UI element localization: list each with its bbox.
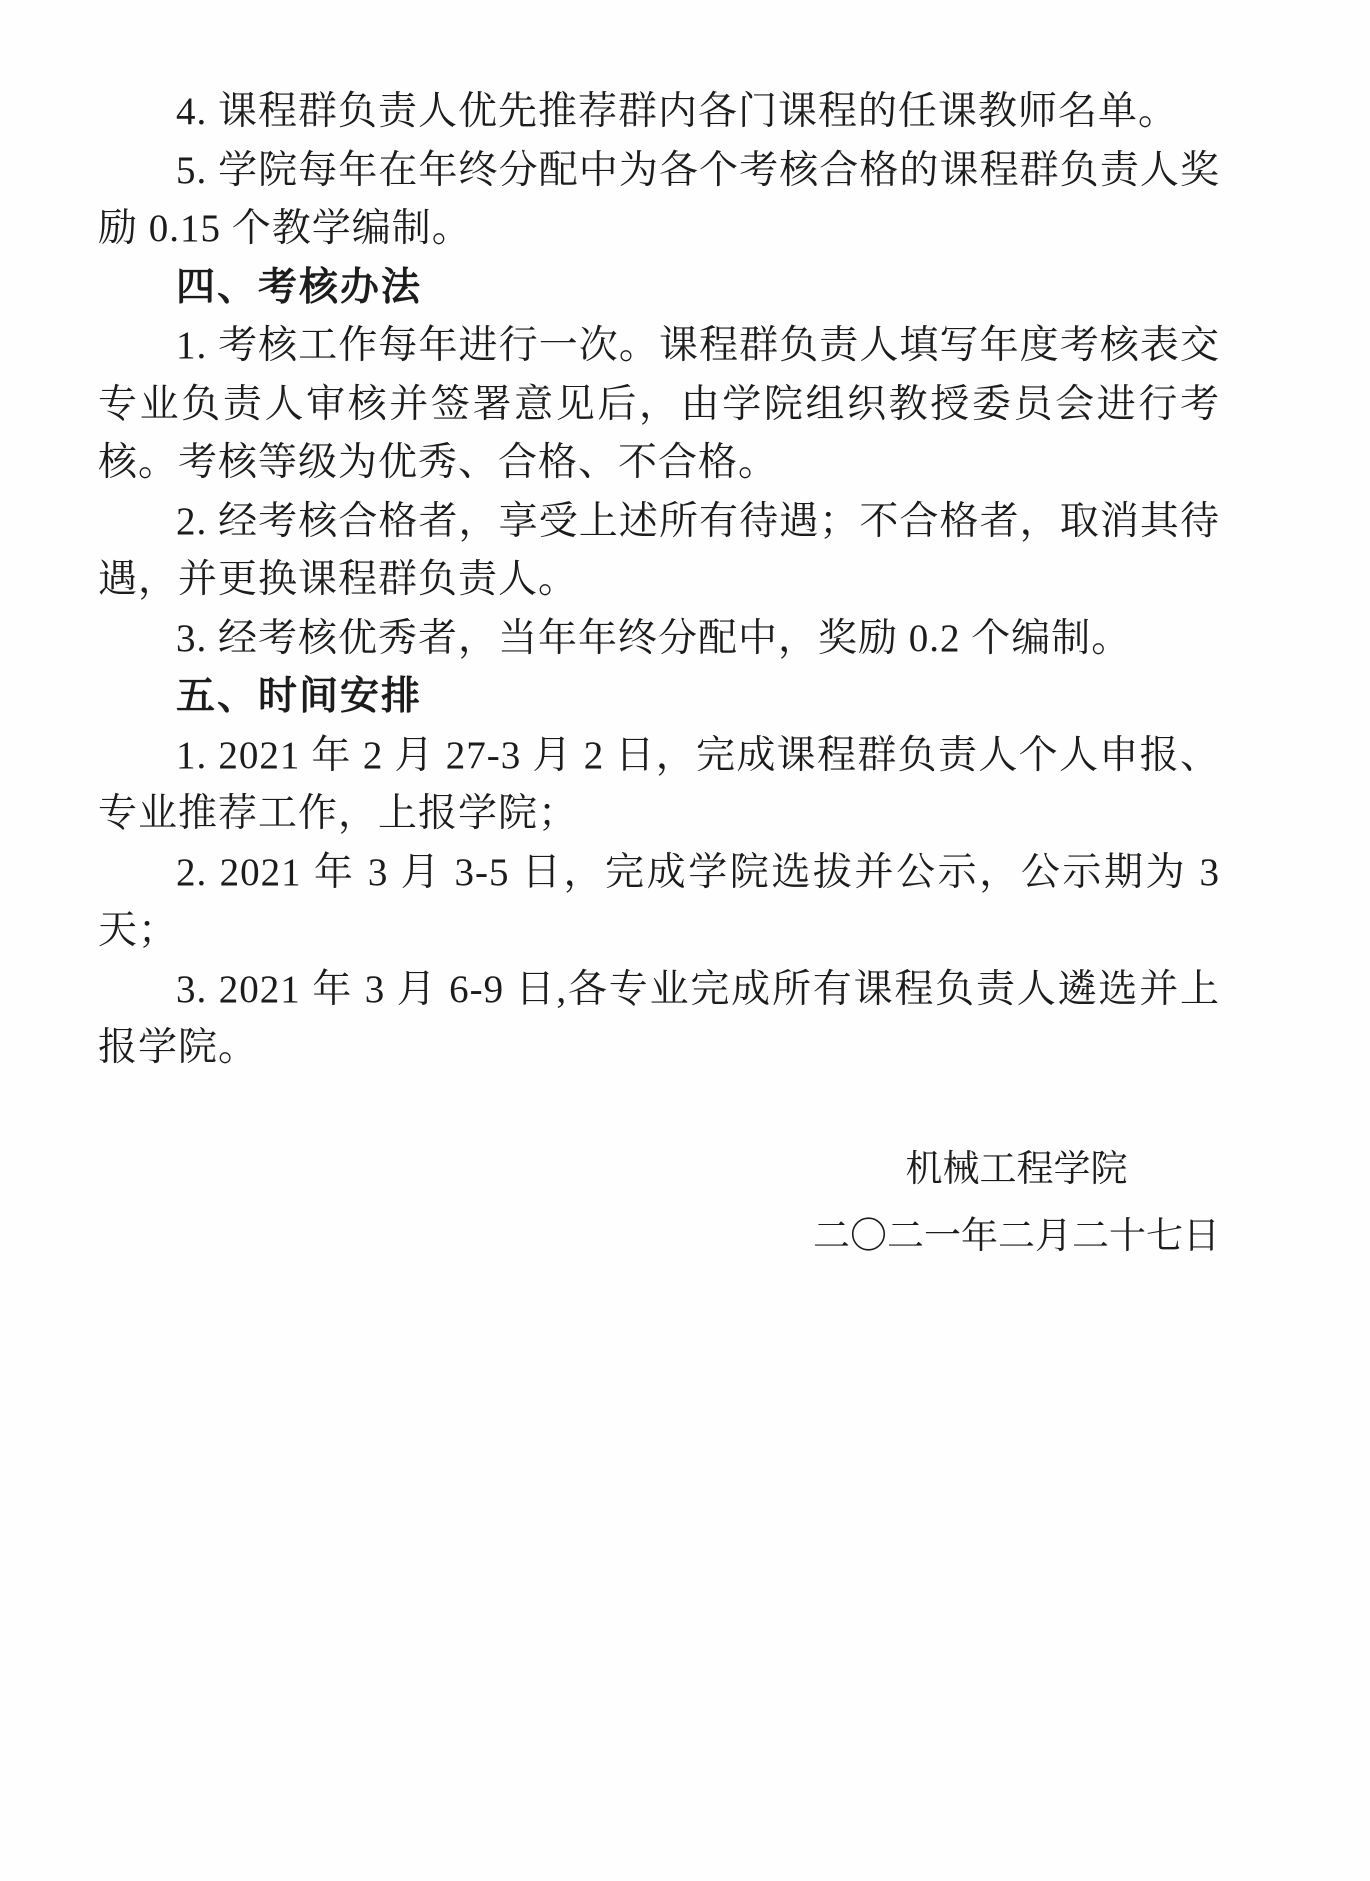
document-body: 4. 课程群负责人优先推荐群内各门课程的任课教师名单。 5. 学院每年在年终分配…	[0, 0, 1370, 1078]
paragraph-item-2-section5: 2. 2021 年 3 月 3-5 日，完成学院选拔并公示，公示期为 3 天；	[98, 844, 1220, 961]
paragraph-item-2-section4: 2. 经考核合格者，享受上述所有待遇；不合格者，取消其待遇，并更换课程群负责人。	[98, 493, 1220, 610]
paragraph-item-3-section5: 3. 2021 年 3 月 6-9 日,各专业完成所有课程负责人遴选并上报学院。	[98, 961, 1220, 1078]
signature-block: 机械工程学院 二〇二一年二月二十七日	[0, 1136, 1370, 1270]
section-heading-5-schedule: 五、时间安排	[98, 668, 1220, 727]
paragraph-item-4-section3: 4. 课程群负责人优先推荐群内各门课程的任课教师名单。	[98, 83, 1220, 142]
paragraph-item-5-section3: 5. 学院每年在年终分配中为各个考核合格的课程群负责人奖励 0.15 个教学编制…	[98, 142, 1220, 259]
section-heading-4-assessment: 四、考核办法	[98, 259, 1220, 318]
paragraph-item-1-section4: 1. 考核工作每年进行一次。课程群负责人填写年度考核表交专业负责人审核并签署意见…	[98, 317, 1220, 493]
paragraph-item-3-section4: 3. 经考核优秀者，当年年终分配中，奖励 0.2 个编制。	[98, 610, 1220, 669]
document-page: 4. 课程群负责人优先推荐群内各门课程的任课教师名单。 5. 学院每年在年终分配…	[0, 0, 1370, 1881]
signature-organization: 机械工程学院	[813, 1136, 1220, 1203]
paragraph-item-1-section5: 1. 2021 年 2 月 27-3 月 2 日，完成课程群负责人个人申报、专业…	[98, 727, 1220, 844]
signature-inner: 机械工程学院 二〇二一年二月二十七日	[813, 1136, 1220, 1270]
signature-date: 二〇二一年二月二十七日	[813, 1203, 1220, 1270]
